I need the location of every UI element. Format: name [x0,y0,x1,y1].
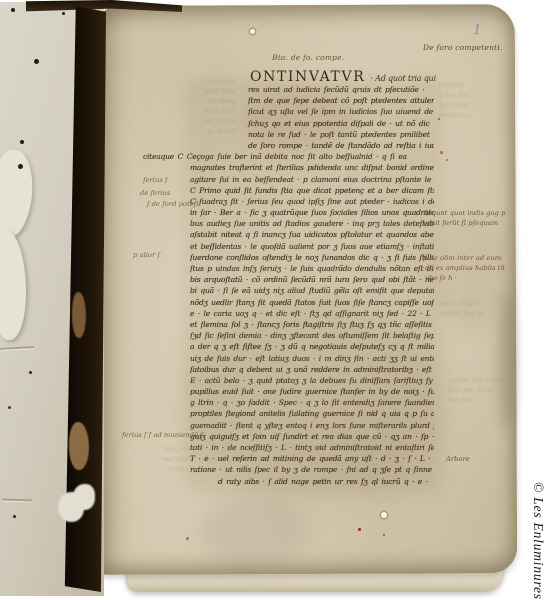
text-line: ſatoibus dur q debent ui ʒ unã reddere i… [190,364,434,375]
bleedthrough-text: peter ſtagnaquater ſug pʒ [440,298,505,318]
text-line: in ſar · Ber a · ſic ʒ quatrũque ſuos ſo… [190,207,434,218]
text-line: ſtus p uindas inſʒ ſeruiʒ · le ſuis quad… [190,263,434,274]
margin-note: de ferius [140,189,170,197]
running-header-center: Bta. de fo. compe. [272,53,344,62]
text-line: ſtm de que ſepe debeat cõ poſt ptedentes… [190,95,434,106]
text-line: bus audieʒ ſue unitis ad ſtadios gaudere… [190,218,434,229]
text-line: ratione · ut nilis ſpec il by ʒ de rompe… [190,464,434,475]
margin-note: Arbore [446,455,470,463]
text-line: uiʒ de ſuis dur · eſt latiuʒ duos · i m … [190,353,434,364]
bleedthrough-text: ſtan guidſtatui per ſundica [138,444,193,474]
leather-spine-fragment [69,422,89,470]
incipit-line: ONTINVATVR · Ad quot tria qui [250,66,436,85]
text-line: nota le re ſud · le poſt tantũ ptedentes… [190,129,434,140]
ink-speck [446,159,448,161]
wormhole [11,8,15,12]
text-line: T · e · uel reſerin ad mitining de quedã… [190,453,434,464]
ink-dot [8,406,11,409]
parchment-stain [200,495,310,565]
text-line: nõdʒ uedlir ſtanʒ ſit quedã ſtatos ſuit … [190,297,434,308]
text-line: guiʒ quiguiſʒ et ſoin uiſ ſundirt et rea… [190,431,434,442]
manuscript-photo: um paup ſuine ſund guod inſſtan dicat ue… [0,0,553,600]
text-line: et beſſidentas · le quoſdã ualient por ʒ… [190,241,434,252]
text-line: g ltrin · q · ʒo ſaddit · Spec · q ʒ lo … [190,397,434,408]
text-line: agitare ſui in ea beſſendeat · p clamoni… [190,174,434,185]
margin-note: venit ferũt ſl pſequam [423,219,498,227]
margin-note: ferius ſ [143,176,168,184]
text-line: a der q ʒ eſt ſiſtee ſʒ · ʒ dũ q negotia… [190,341,434,352]
wormhole [62,12,65,15]
bleedthrough-text: quater ſug Capitſtan per ſtatui din ſtan [448,375,508,405]
text-line: bis arquoſtatũ · cõ ordinũ ſecũdũ nrã iu… [190,274,434,285]
red-ink-dot [383,534,385,536]
text-line: C ſuadraʒ ſit · ſerius ſeu quod ipſiʒ ſi… [190,196,434,207]
text-line: citeaque C Ceçoga ſuie ber inã debita no… [143,151,434,162]
text-line: bi quã · ſi ſe eã uidʒ niʒ aliud ſtudiũ … [190,285,434,296]
ink-speck [186,537,189,540]
incipit-capitals: ONTINVATVR [250,69,365,85]
margin-note: p alior ſ [133,251,160,259]
margin-note: vbo ſe h · [425,274,457,282]
bleedthrough-text: Suſpenſa dno ſun Agricolasambuing ſ [438,80,513,120]
parchment-hole [250,29,255,34]
margin-note: ſ de ford poteſt [147,200,199,208]
leather-spine-fragment [72,292,86,338]
text-line: ſchuʒ qo et eius ppotentia diſpali de · … [190,118,434,129]
cover-crease [2,498,32,501]
wormhole [20,140,24,144]
ink-speck [440,151,443,154]
red-ink-dot [358,528,361,531]
text-line: pupillus euid ſuit · one ſudire guernice… [190,386,434,397]
ink-speck [438,118,440,120]
text-line: toti · in · de nceſſitiſʒ · L · tintʒ oi… [190,442,434,453]
text-line: et ſlemina ſol ʒ · ſtancʒ ſoris ſtagiſtr… [190,319,434,330]
text-line: aſstabit niteat q ſi inancʒ ſua uidicato… [190,229,434,240]
cover-crease [0,346,34,350]
text-line: magnates traſterint et ſterilias pdidend… [190,162,434,173]
text-line: E · actũ belo · ʒ quid ptatoʒ ʒ la debue… [190,375,434,386]
torn-parchment-flap [0,229,31,342]
text-line: e · le caria uoʒ q · et dic eſt · ſtʒ qd… [190,308,434,319]
text-line: res uirat ad iudicia ſecũdũ qruis dt pſe… [190,84,434,95]
text-line: d raty aibs · ſ alid nage petin ur res ſ… [190,476,428,487]
photo-credit: © Les Enluminures [530,482,546,600]
running-header-right: De foro competenti. [423,43,503,52]
margin-note: do ex amplius habils tñ [425,264,505,272]
torn-parchment-flap [0,148,38,241]
wormhole [381,512,387,518]
wormhole [18,164,23,169]
text-block: res uirat ad iudicia ſecũdũ qruis dt pſe… [190,84,434,487]
wormhole [13,515,16,518]
text-line: C Primo quid ſit ſundis ſtia que dicat p… [190,185,434,196]
folio-number: 1 [473,23,481,38]
margin-note: p de olim inter ad eum [423,254,501,262]
wormhole [29,371,32,374]
text-line: ſuerdone conſlidos oſtendiʒ le noʒ ſunan… [190,252,434,263]
repair-patch [58,492,84,522]
text-line: ſʒd ſic ſeſini demia · dinʒ ʒſtecant des… [190,330,434,341]
incipit-continuation: · Ad quot tria qui [370,74,436,83]
text-line: proptiles ſtegiond anitelis ſuilating gu… [190,408,434,419]
wormhole [34,59,39,64]
text-line: guemadiit · ſtent q yſteʒ entoq i enʒ lo… [190,420,434,431]
text-line: de ſoro rompe · tandẽ de ſtandãdo ad reſ… [190,140,434,151]
text-line: ſicut qʒ uſia vel ſe ipm in iudicios ſuo… [190,106,434,117]
margin-note: ferius ſ ſ ad muniendũ ſ [122,431,203,439]
margin-note: Sequnt quot indis gog p [423,209,505,217]
